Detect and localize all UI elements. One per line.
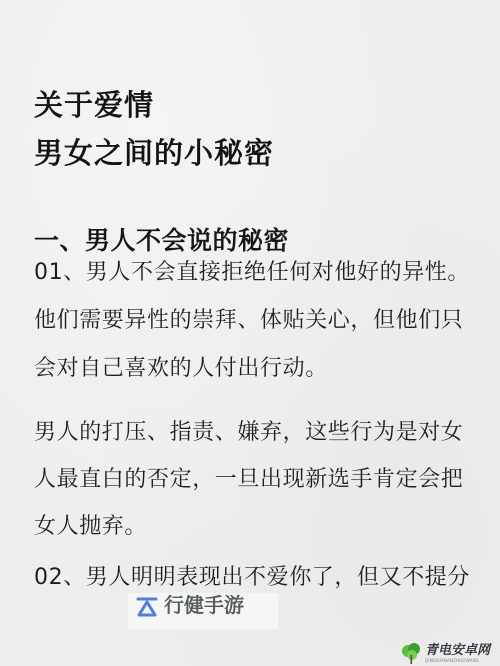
watermark-overlay: 行健手游 xyxy=(128,593,278,629)
site-logo: 青电安卓网 QINGDIANANZHUOWANG xyxy=(400,640,498,666)
site-logo-subtitle: QINGDIANANZHUOWANG xyxy=(425,659,490,663)
title-line-2: 男女之间的小秘密 xyxy=(34,139,274,168)
section-heading: 一、男人不会说的秘密 xyxy=(34,228,289,253)
paragraph-1-line-3: 会对自己喜欢的人付出行动。 xyxy=(34,358,328,380)
site-logo-name: 青电安卓网 xyxy=(425,644,490,657)
paragraph-2-line-1: 男人的打压、指责、嫌弃，这些行为是对女 xyxy=(34,422,463,444)
title-line-1: 关于爱情 xyxy=(34,91,154,120)
paragraph-2-line-3: 女人抛弃。 xyxy=(34,516,147,538)
paragraph-2-line-2: 人最直白的否定，一旦出现新选手肯定会把 xyxy=(34,469,463,491)
document-page: 关于爱情 男女之间的小秘密 一、男人不会说的秘密 01、男人不会直接拒绝任何对他… xyxy=(0,0,500,666)
paragraph-3-line-1: 02、男人明明表现出不爱你了，但又不提分 xyxy=(34,567,470,589)
triangle-logo-icon xyxy=(136,597,158,617)
paragraph-1-line-2: 他们需要异性的崇拜、体贴关心，但他们只 xyxy=(34,310,463,332)
watermark-text: 行健手游 xyxy=(164,595,244,615)
paragraph-1-line-1: 01、男人不会直接拒绝任何对他好的异性。 xyxy=(34,262,470,284)
tree-logo-icon xyxy=(400,641,422,665)
